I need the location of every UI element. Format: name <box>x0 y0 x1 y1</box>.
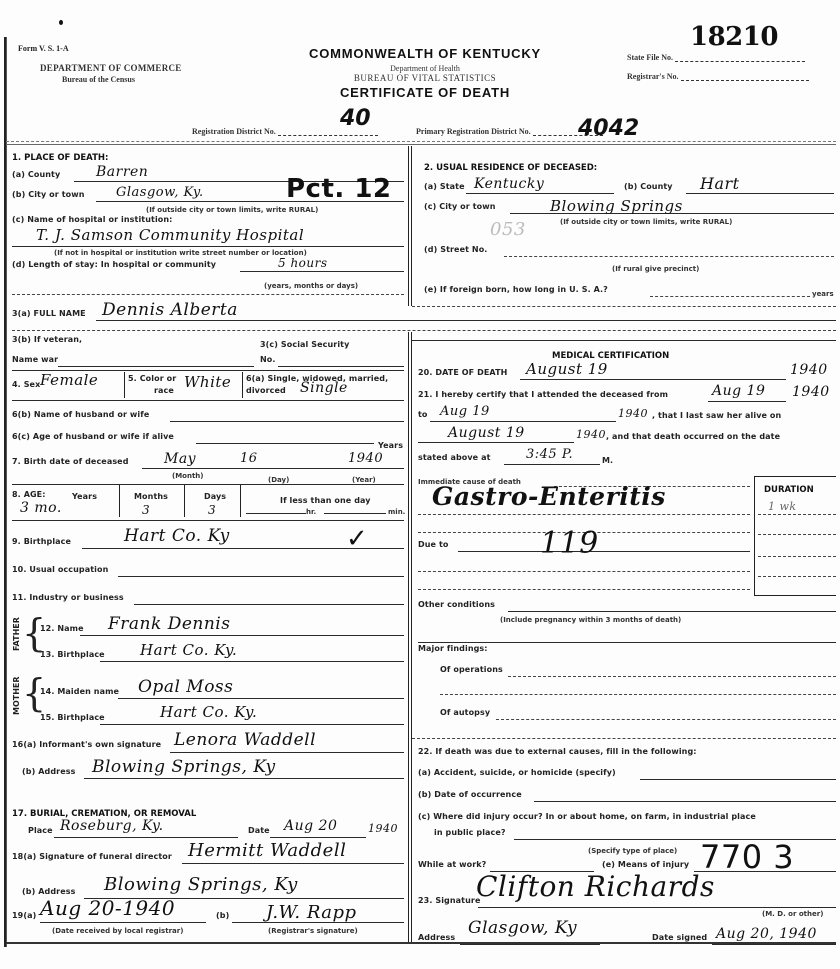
registrar-caption: (Registrar's signature) <box>268 927 358 935</box>
alive-value[interactable]: August 19 <box>448 425 525 441</box>
means-label: (e) Means of injury <box>602 860 689 869</box>
res-stamp-value: 053 <box>490 219 526 240</box>
informant-address-label: (b) Address <box>22 767 75 776</box>
spouse-age-unit: Years <box>378 441 403 450</box>
department-label: DEPARTMENT OF COMMERCE <box>40 63 182 73</box>
occupation-label: 10. Usual occupation <box>12 565 108 574</box>
external-heading: 22. If death was due to external causes,… <box>418 747 697 756</box>
full-name-line <box>96 320 836 321</box>
city-label: (b) City or town <box>12 190 85 199</box>
res-city-value[interactable]: Blowing Springs <box>550 197 683 215</box>
medical-bottom-rule <box>412 738 836 739</box>
informant-signature-value[interactable]: Lenora Waddell <box>174 730 316 750</box>
informant-address-line <box>84 778 404 779</box>
registrar-no-line <box>681 80 809 81</box>
birth-date-label: 7. Birth date of deceased <box>12 457 129 466</box>
registrar-no-field: Registrar's No. <box>627 72 809 81</box>
burial-place-line <box>54 837 238 838</box>
age-years-value[interactable]: 3 mo. <box>20 500 62 516</box>
due-line-2 <box>418 571 750 572</box>
residence-heading: 2. USUAL RESIDENCE OF DECEASED: <box>424 163 597 173</box>
mother-name-line <box>118 698 404 699</box>
duration-line-4 <box>758 576 836 577</box>
stay-label: (d) Length of stay: In hospital or commu… <box>12 260 216 269</box>
father-name-label: 12. Name <box>40 624 84 633</box>
street-line <box>504 256 834 257</box>
director-line <box>182 863 404 864</box>
mother-birthplace-label: 15. Birthplace <box>40 713 105 722</box>
director-value[interactable]: Hermitt Waddell <box>188 840 346 861</box>
dept-health-label: Department of Health <box>290 64 560 73</box>
death-certificate: Form V. S. 1-A DEPARTMENT OF COMMERCE Bu… <box>0 0 840 969</box>
city-value[interactable]: Glasgow, Ky. <box>116 185 204 200</box>
state-file-label: State File No. <box>627 53 673 62</box>
min-label: min. <box>388 508 405 516</box>
age-days-value[interactable]: 3 <box>208 503 216 517</box>
burial-place-label: Place <box>28 826 53 835</box>
informant-address-value[interactable]: Blowing Springs, Ky <box>92 757 276 777</box>
duration-line-3 <box>758 556 836 557</box>
certifier-signature-label: 23. Signature <box>418 896 480 905</box>
age-cell-divider-1 <box>119 485 120 517</box>
burial-date-value[interactable]: Aug 20 <box>284 818 337 834</box>
specify-note: (Specify type of place) <box>588 847 677 855</box>
registration-district-value: 40 <box>340 106 371 131</box>
due-line-3 <box>418 589 750 590</box>
age-cell-divider-2 <box>184 485 185 517</box>
checkmark-icon: ✓ <box>346 524 368 554</box>
form-id: Form V. S. 1-A <box>18 44 69 53</box>
bureau-vital-label: BUREAU OF VITAL STATISTICS <box>290 73 560 83</box>
immediate-line-2 <box>418 514 750 515</box>
stay-value[interactable]: 5 hours <box>278 256 328 270</box>
other-conditions-line <box>508 611 836 612</box>
occurrence-label: (b) Date of occurrence <box>418 790 522 799</box>
primary-district-field: Primary Registration District No. <box>416 127 603 136</box>
res-city-note: (If outside city or town limits, write R… <box>560 218 732 226</box>
stated-label: stated above at <box>418 453 491 462</box>
director-label: 18(a) Signature of funeral director <box>12 852 172 861</box>
age-label: 8. AGE: <box>12 490 46 499</box>
autopsy-label: Of autopsy <box>440 708 490 717</box>
foreign-unit: years <box>812 290 834 298</box>
spouse-label: 6(b) Name of husband or wife <box>12 410 149 419</box>
column-divider-top <box>408 146 412 306</box>
ss-no-label: No. <box>260 355 276 364</box>
occurred-text: , and that death occurred on the date <box>606 432 780 441</box>
mother-birthplace-value[interactable]: Hart Co. Ky. <box>160 703 257 721</box>
registrar-label: (b) <box>216 911 229 920</box>
min-line <box>324 513 386 514</box>
certifier-address-value[interactable]: Glasgow, Ky <box>468 918 577 938</box>
date-of-death-year[interactable]: 1940 <box>790 362 828 378</box>
sex-label: 4. Sex <box>12 380 40 389</box>
certify-label: 21. I hereby certify that I attended the… <box>418 390 668 399</box>
registration-district-label: Registration District No. <box>192 127 276 136</box>
hospital-value[interactable]: T. J. Samson Community Hospital <box>36 226 304 244</box>
industry-label: 11. Industry or business <box>12 593 124 602</box>
where-label: (c) Where did injury occur? In or about … <box>418 812 756 821</box>
ss-no-line <box>278 366 404 367</box>
year-caption: (Year) <box>352 476 376 484</box>
color-cell-divider <box>242 372 243 398</box>
medical-top-rule <box>412 340 836 341</box>
mother-name-label: 14. Maiden name <box>40 687 119 696</box>
father-birthplace-line <box>100 661 404 662</box>
burial-date-line <box>270 837 366 838</box>
res-county-value[interactable]: Hart <box>700 174 740 193</box>
registrar-value[interactable]: J.W. Rapp <box>266 902 357 923</box>
date-signed-value[interactable]: Aug 20, 1940 <box>716 926 817 942</box>
date-of-death-label: 20. DATE OF DEATH <box>418 368 507 377</box>
last-saw-text: , that I last saw her alive on <box>652 411 781 420</box>
alive-year[interactable]: 1940 <box>576 428 606 441</box>
date-of-death-line <box>520 379 786 380</box>
due-to-line <box>458 551 750 552</box>
mother-birthplace-line <box>100 724 404 725</box>
top-divider <box>6 141 836 145</box>
occurrence-line <box>534 801 836 802</box>
date-signed-line <box>712 944 836 945</box>
accident-label: (a) Accident, suicide, or homicide (spec… <box>418 768 616 777</box>
due-to-value[interactable]: 119 <box>540 526 599 561</box>
res-state-value[interactable]: Kentucky <box>474 176 544 192</box>
state-title: COMMONWEALTH OF KENTUCKY <box>290 46 560 61</box>
birthplace-value[interactable]: Hart Co. Ky <box>124 526 230 546</box>
informant-signature-line <box>170 752 404 753</box>
veteran-label: 3(b) If veteran, <box>12 335 82 344</box>
age-cell-divider-3 <box>240 485 241 517</box>
duration-value[interactable]: 1 wk <box>768 500 797 513</box>
from-value[interactable]: Aug 19 <box>712 383 765 399</box>
marital-value[interactable]: Single <box>300 380 348 396</box>
hr-line <box>246 513 306 514</box>
duration-line-2 <box>758 534 836 535</box>
ink-dot <box>59 20 63 25</box>
duration-label: DURATION <box>764 485 814 495</box>
place-of-death-heading: 1. PLACE OF DEATH: <box>12 153 108 163</box>
registrar-no-label: Registrar's No. <box>627 72 679 81</box>
mother-name-value[interactable]: Opal Moss <box>138 677 233 697</box>
state-file-field: State File No. <box>627 53 805 62</box>
director-address-value[interactable]: Blowing Springs, Ky <box>104 874 298 895</box>
section2-divider <box>412 306 836 307</box>
to-year[interactable]: 1940 <box>618 407 648 420</box>
marital-label-2: divorced <box>246 386 286 395</box>
full-name-label: 3(a) FULL NAME <box>12 309 86 318</box>
foreign-line <box>650 296 810 297</box>
accident-line <box>640 779 836 780</box>
hr-label: hr. <box>306 508 316 516</box>
received-line <box>40 922 206 923</box>
director-address-label: (b) Address <box>22 887 75 896</box>
father-tag: FATHER <box>12 617 21 651</box>
major-findings-label: Major findings: <box>418 644 488 653</box>
birth-day-value[interactable]: 16 <box>240 451 258 466</box>
sex-value[interactable]: Female <box>40 371 98 389</box>
full-name-value[interactable]: Dennis Alberta <box>102 300 238 320</box>
spouse-age-label: 6(c) Age of husband or wife if alive <box>12 432 174 441</box>
city-note: (If outside city or town limits, write R… <box>146 206 318 214</box>
informant-signature-label: 16(a) Informant's own signature <box>12 740 161 749</box>
father-brace: { <box>22 614 46 652</box>
ss-label: 3(c) Social Security <box>260 340 349 349</box>
to-label: to <box>418 410 428 419</box>
name-war-label: Name war <box>12 355 58 364</box>
primary-district-value: 4042 <box>578 116 639 141</box>
to-line <box>430 421 616 422</box>
from-year[interactable]: 1940 <box>792 384 830 400</box>
industry-line <box>134 604 404 605</box>
father-birthplace-value[interactable]: Hart Co. Ky. <box>140 641 237 659</box>
spouse-line <box>170 421 404 422</box>
color-label-2: race <box>154 386 174 395</box>
bureau-label: Bureau of the Census <box>62 75 135 84</box>
sex-cell-divider <box>124 372 125 398</box>
birth-date-line <box>142 468 404 469</box>
res-state-label: (a) State <box>424 182 465 191</box>
due-to-label: Due to <box>418 540 448 549</box>
time-value[interactable]: 3:45 P. <box>526 447 573 462</box>
county-label: (a) County <box>12 170 60 179</box>
color-value[interactable]: White <box>184 373 231 391</box>
father-name-line <box>80 635 404 636</box>
to-value[interactable]: Aug 19 <box>440 404 490 419</box>
date-signed-label: Date signed <box>652 933 707 942</box>
received-label: 19(a) <box>12 911 36 920</box>
color-label-1: 5. Color or <box>128 374 176 383</box>
hospital-note: (If not in hospital or institution write… <box>54 249 307 257</box>
certifier-signature-value[interactable]: Clifton Richards <box>476 870 715 903</box>
operations-line-2 <box>440 694 836 695</box>
certificate-header: COMMONWEALTH OF KENTUCKY Department of H… <box>290 46 560 100</box>
alive-line <box>418 442 574 443</box>
burial-date-year[interactable]: 1940 <box>368 822 398 835</box>
operations-label: Of operations <box>440 665 503 674</box>
mother-tag: MOTHER <box>12 676 21 715</box>
father-name-value[interactable]: Frank Dennis <box>108 614 230 634</box>
time-line <box>504 464 600 465</box>
full-name-divider <box>12 330 836 331</box>
operations-line <box>508 676 836 677</box>
date-of-death-value[interactable]: August 19 <box>526 360 608 378</box>
page-title: CERTIFICATE OF DEATH <box>290 85 560 100</box>
spouse-age-line <box>196 443 374 444</box>
age-days-label: Days <box>204 492 226 501</box>
burial-place-value[interactable]: Roseburg, Ky. <box>60 818 164 834</box>
section1-divider <box>12 294 404 295</box>
birth-date-divider <box>12 484 404 485</box>
burial-date-label: Date <box>248 826 270 835</box>
certifier-address-label: Address <box>418 933 455 942</box>
less-than-day-label: If less than one day <box>280 496 371 505</box>
left-border <box>4 37 7 947</box>
time-suffix: M. <box>602 456 613 465</box>
state-file-line <box>675 61 805 62</box>
public-label: in public place? <box>434 828 506 837</box>
sex-row-divider <box>12 400 404 401</box>
street-label: (d) Street No. <box>424 245 487 254</box>
birth-month-value[interactable]: May <box>164 451 196 467</box>
certifier-signature-line <box>478 907 836 908</box>
res-county-label: (b) County <box>624 182 673 191</box>
at-work-label: While at work? <box>418 860 486 869</box>
father-birthplace-label: 13. Birthplace <box>40 650 105 659</box>
res-county-line <box>686 193 834 194</box>
birth-year-value[interactable]: 1940 <box>348 451 383 466</box>
age-years-label: Years <box>72 492 97 501</box>
received-caption: (Date received by local registrar) <box>52 927 183 935</box>
res-city-label: (c) City or town <box>424 202 496 211</box>
other-conditions-label: Other conditions <box>418 600 495 609</box>
primary-district-label: Primary Registration District No. <box>416 127 531 136</box>
autopsy-line <box>496 719 836 720</box>
registration-district-line <box>278 135 378 136</box>
foreign-label: (e) If foreign born, how long in U. S. A… <box>424 285 608 294</box>
hospital-label: (c) Name of hospital or institution: <box>12 215 172 224</box>
from-line <box>708 401 786 402</box>
immediate-cause-value[interactable]: Gastro-Enteritis <box>432 482 666 511</box>
county-value[interactable]: Barren <box>96 164 148 180</box>
age-months-value[interactable]: 3 <box>142 503 150 517</box>
column-divider <box>408 332 412 942</box>
duration-line-1 <box>758 514 836 515</box>
stay-line <box>240 271 404 272</box>
day-caption: (Day) <box>268 476 289 484</box>
received-value[interactable]: Aug 20-1940 <box>40 896 175 920</box>
certifier-title-note: (M. D. or other) <box>762 910 823 918</box>
hospital-line <box>12 246 404 247</box>
age-divider <box>12 520 404 521</box>
stay-note: (years, months or days) <box>264 282 358 290</box>
certifier-address-line <box>460 944 600 945</box>
major-findings-rule <box>418 642 836 643</box>
street-note: (If rural give precinct) <box>612 265 699 273</box>
name-war-line <box>58 366 254 367</box>
birthplace-label: 9. Birthplace <box>12 537 71 546</box>
age-months-label: Months <box>134 492 168 501</box>
res-state-line <box>466 193 614 194</box>
occupation-line <box>118 576 404 577</box>
month-caption: (Month) <box>172 472 204 480</box>
other-conditions-note: (Include pregnancy within 3 months of de… <box>500 616 681 624</box>
stamp-number: 18210 <box>690 22 778 52</box>
precinct-value[interactable]: Pct. 12 <box>286 174 392 204</box>
